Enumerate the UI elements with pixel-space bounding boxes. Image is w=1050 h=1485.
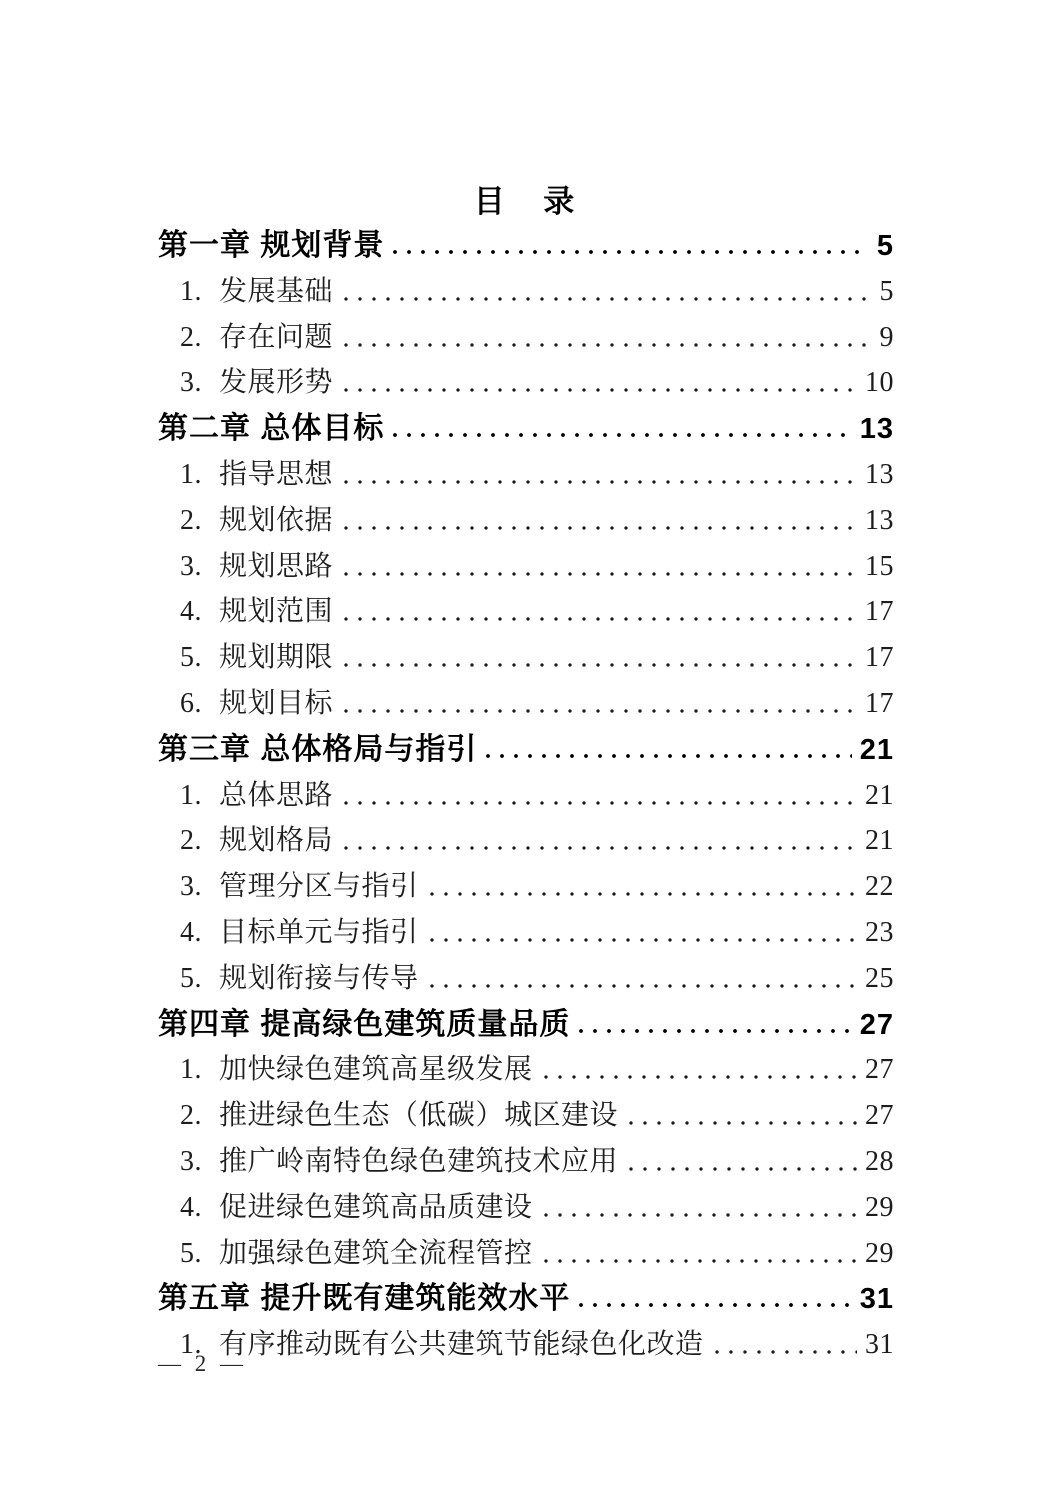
toc-item-number: 3. xyxy=(180,366,219,400)
page-number: 10 xyxy=(865,366,894,400)
toc-item-row: 5.规划期限17 xyxy=(158,641,894,687)
toc-item-number: 2. xyxy=(180,1099,219,1133)
toc-item-label: 推进绿色生态（低碳）城区建设 xyxy=(219,1099,618,1133)
dot-leader xyxy=(339,641,857,687)
dot-leader xyxy=(539,1237,857,1283)
toc-item-row: 1.总体思路21 xyxy=(158,779,894,825)
toc-item-row: 1.加快绿色建筑高星级发展27 xyxy=(158,1053,894,1099)
toc-item-label: 指导思想 xyxy=(219,458,333,492)
dot-leader xyxy=(339,366,857,412)
toc-item-row: 3.发展形势10 xyxy=(158,366,894,412)
toc-item-row: 1.有序推动既有公共建筑节能绿色化改造31 xyxy=(158,1328,894,1374)
toc-chapter-row: 第一章 规划背景5 xyxy=(158,229,894,275)
page-number: 9 xyxy=(880,321,895,355)
toc-chapter-row: 第四章 提高绿色建筑质量品质27 xyxy=(158,1008,894,1054)
toc-item-number: 1. xyxy=(180,275,219,309)
dot-leader xyxy=(624,1099,857,1145)
page-number: 27 xyxy=(865,1099,894,1133)
page-number: 25 xyxy=(865,962,894,996)
toc-item-label: 促进绿色建筑高品质建设 xyxy=(219,1191,533,1225)
page-number: 13 xyxy=(860,412,894,446)
dot-leader xyxy=(388,412,851,458)
toc-item-number: 1. xyxy=(180,458,219,492)
toc-item-row: 2.规划格局21 xyxy=(158,824,894,870)
toc-item-label: 规划目标 xyxy=(219,687,333,721)
toc-item-label: 规划衔接与传导 xyxy=(219,962,419,996)
toc-chapter-label: 第四章 提高绿色建筑质量品质 xyxy=(158,1008,570,1042)
toc-item-label: 规划格局 xyxy=(219,824,333,858)
toc-chapter-label: 第一章 规划背景 xyxy=(158,229,384,263)
page-number: 23 xyxy=(865,916,894,950)
dot-leader xyxy=(339,275,871,321)
table-of-contents: 第一章 规划背景51.发展基础52.存在问题93.发展形势10第二章 总体目标1… xyxy=(158,229,894,1374)
toc-item-label: 存在问题 xyxy=(219,321,333,355)
dot-leader xyxy=(339,687,857,733)
toc-chapter-label: 第三章 总体格局与指引 xyxy=(158,733,477,767)
page-number: 17 xyxy=(865,595,894,629)
toc-item-number: 5. xyxy=(180,641,219,675)
dot-leader xyxy=(339,550,857,596)
toc-item-number: 1. xyxy=(180,779,219,813)
toc-item-label: 加快绿色建筑高星级发展 xyxy=(219,1053,533,1087)
toc-item-number: 5. xyxy=(180,1237,219,1271)
toc-item-row: 2.推进绿色生态（低碳）城区建设27 xyxy=(158,1099,894,1145)
toc-item-number: 5. xyxy=(180,962,219,996)
dot-leader xyxy=(710,1328,857,1374)
toc-item-label: 管理分区与指引 xyxy=(219,870,419,904)
page-number: 31 xyxy=(865,1328,894,1362)
page-number-footer: — 2 — xyxy=(158,1351,247,1377)
dot-leader xyxy=(574,1008,851,1054)
dot-leader xyxy=(339,504,857,550)
toc-item-row: 1.指导思想13 xyxy=(158,458,894,504)
dot-leader xyxy=(339,779,857,825)
toc-item-number: 2. xyxy=(180,321,219,355)
toc-item-number: 4. xyxy=(180,916,219,950)
toc-item-number: 4. xyxy=(180,1191,219,1225)
toc-item-row: 3.规划思路15 xyxy=(158,550,894,596)
toc-item-label: 加强绿色建筑全流程管控 xyxy=(219,1237,533,1271)
toc-item-number: 3. xyxy=(180,870,219,904)
document-page: 目 录 第一章 规划背景51.发展基础52.存在问题93.发展形势10第二章 总… xyxy=(0,0,1050,1485)
toc-item-number: 1. xyxy=(180,1053,219,1087)
toc-item-row: 4.促进绿色建筑高品质建设29 xyxy=(158,1191,894,1237)
page-number: 17 xyxy=(865,687,894,721)
toc-chapter-label: 第二章 总体目标 xyxy=(158,412,384,446)
page-number: 27 xyxy=(860,1008,894,1042)
toc-item-number: 2. xyxy=(180,504,219,538)
toc-item-row: 1.发展基础5 xyxy=(158,275,894,321)
toc-item-label: 总体思路 xyxy=(219,779,333,813)
page-number: 21 xyxy=(860,733,894,767)
toc-item-number: 6. xyxy=(180,687,219,721)
page-number: 13 xyxy=(865,458,894,492)
dot-leader xyxy=(339,824,857,870)
dot-leader xyxy=(339,595,857,641)
dot-leader xyxy=(339,458,857,504)
dot-leader xyxy=(425,962,857,1008)
toc-item-label: 有序推动既有公共建筑节能绿色化改造 xyxy=(219,1328,704,1362)
toc-item-row: 4.规划范围17 xyxy=(158,595,894,641)
page-number: 22 xyxy=(865,870,894,904)
dot-leader xyxy=(539,1191,857,1237)
dot-leader xyxy=(539,1053,857,1099)
toc-item-label: 规划范围 xyxy=(219,595,333,629)
dot-leader xyxy=(574,1282,851,1328)
toc-item-row: 4.目标单元与指引23 xyxy=(158,916,894,962)
toc-item-label: 目标单元与指引 xyxy=(219,916,419,950)
dot-leader xyxy=(425,916,857,962)
toc-item-label: 推广岭南特色绿色建筑技术应用 xyxy=(219,1145,618,1179)
toc-item-row: 2.规划依据13 xyxy=(158,504,894,550)
toc-item-row: 6.规划目标17 xyxy=(158,687,894,733)
toc-item-label: 规划思路 xyxy=(219,550,333,584)
toc-item-label: 规划期限 xyxy=(219,641,333,675)
toc-item-row: 2.存在问题9 xyxy=(158,321,894,367)
dot-leader xyxy=(339,321,871,367)
dot-leader xyxy=(388,229,869,275)
toc-chapter-label: 第五章 提升既有建筑能效水平 xyxy=(158,1282,570,1316)
page-number: 31 xyxy=(860,1282,894,1316)
toc-item-number: 4. xyxy=(180,595,219,629)
toc-item-row: 3.推广岭南特色绿色建筑技术应用28 xyxy=(158,1145,894,1191)
toc-item-number: 3. xyxy=(180,550,219,584)
page-title: 目 录 xyxy=(0,176,1050,221)
toc-item-row: 5.加强绿色建筑全流程管控29 xyxy=(158,1237,894,1283)
toc-chapter-row: 第五章 提升既有建筑能效水平31 xyxy=(158,1282,894,1328)
page-number: 5 xyxy=(880,275,895,309)
toc-item-row: 3.管理分区与指引22 xyxy=(158,870,894,916)
dot-leader xyxy=(425,870,857,916)
page-number: 5 xyxy=(877,229,894,263)
toc-chapter-row: 第三章 总体格局与指引21 xyxy=(158,733,894,779)
dot-leader xyxy=(481,733,851,779)
dot-leader xyxy=(624,1145,857,1191)
toc-item-label: 发展形势 xyxy=(219,366,333,400)
page-number: 17 xyxy=(865,641,894,675)
page-number: 29 xyxy=(865,1237,894,1271)
page-number: 29 xyxy=(865,1191,894,1225)
page-number: 13 xyxy=(865,504,894,538)
page-number: 21 xyxy=(865,824,894,858)
toc-item-number: 3. xyxy=(180,1145,219,1179)
toc-item-number: 2. xyxy=(180,824,219,858)
page-number: 15 xyxy=(865,550,894,584)
page-number: 21 xyxy=(865,779,894,813)
toc-item-label: 发展基础 xyxy=(219,275,333,309)
toc-item-row: 5.规划衔接与传导25 xyxy=(158,962,894,1008)
page-number: 27 xyxy=(865,1053,894,1087)
toc-chapter-row: 第二章 总体目标13 xyxy=(158,412,894,458)
page-number: 28 xyxy=(865,1145,894,1179)
toc-item-label: 规划依据 xyxy=(219,504,333,538)
